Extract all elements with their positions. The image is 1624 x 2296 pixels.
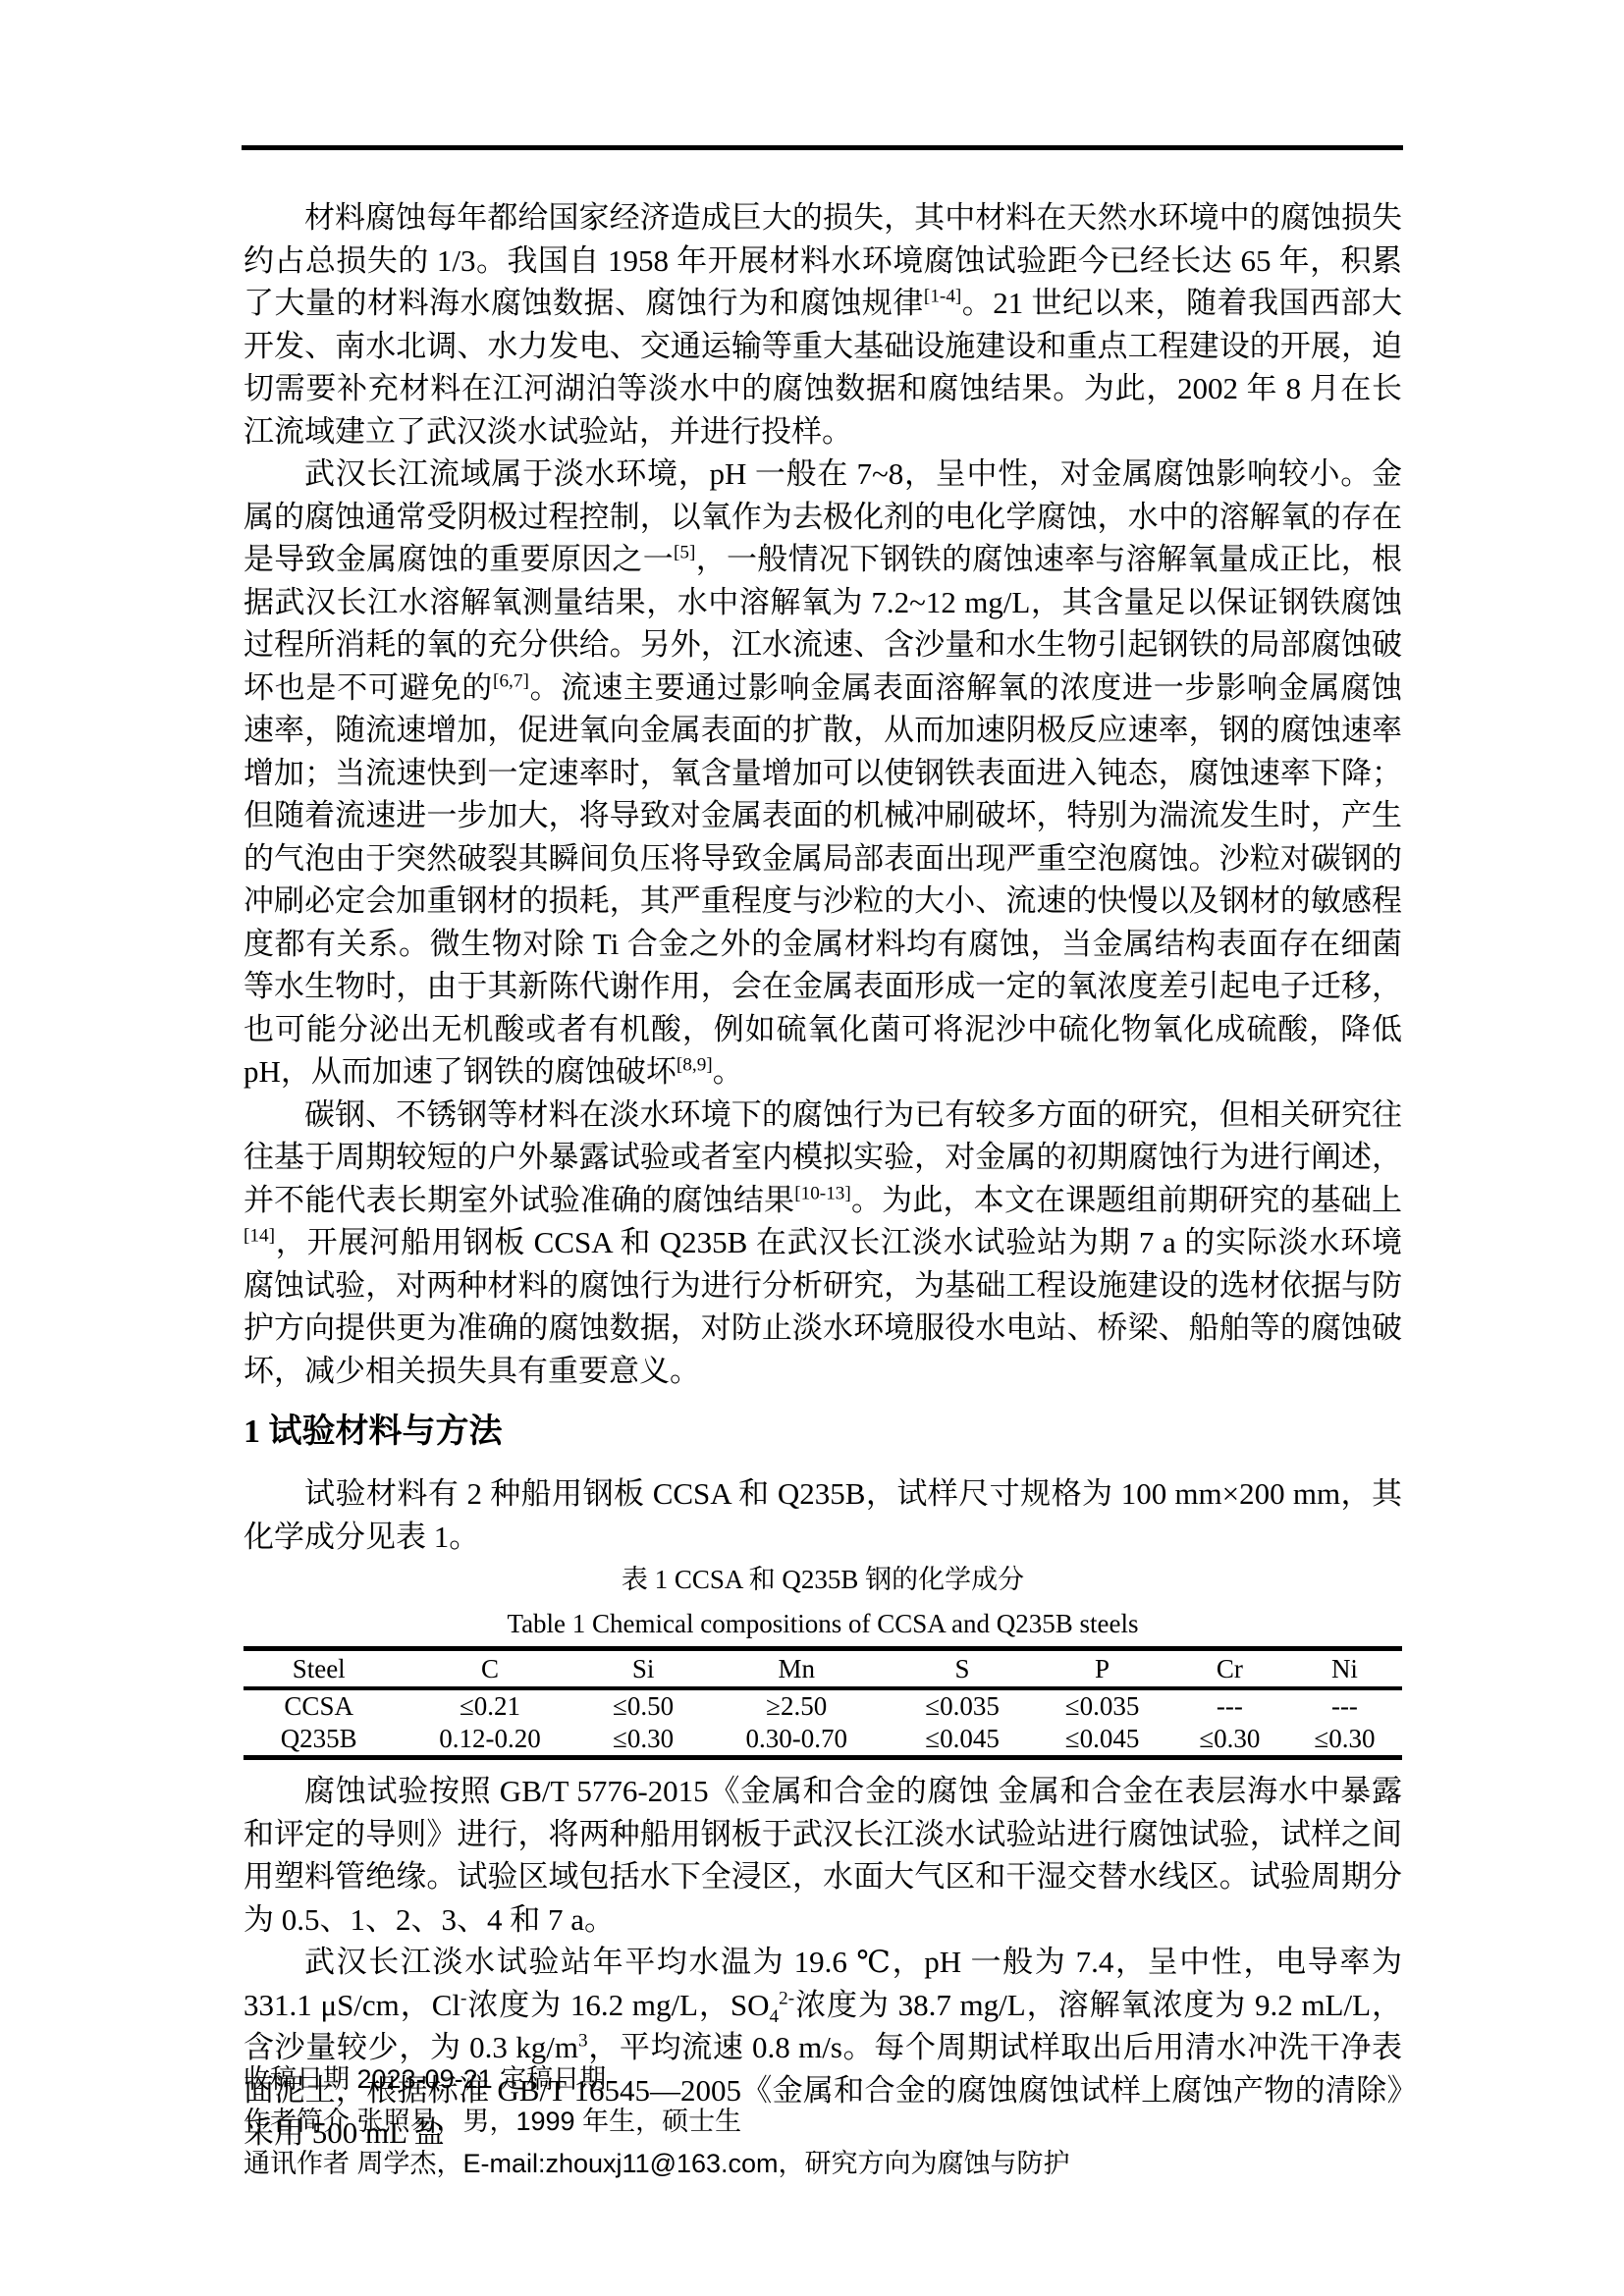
table-cell: --- (1287, 1688, 1402, 1723)
section-1-heading: 1 试验材料与方法 (244, 1410, 1402, 1455)
superscript-reference: 2- (779, 1988, 794, 2008)
table-row: Q235B0.12-0.20≤0.300.30-0.70≤0.045≤0.045… (244, 1723, 1402, 1758)
superscript-reference: [6,7] (493, 670, 529, 691)
table-header-cell: Ni (1287, 1649, 1402, 1689)
table-header-cell: Steel (244, 1649, 394, 1689)
table-cell: ≤0.21 (394, 1688, 585, 1723)
table-row: CCSA≤0.21≤0.50≥2.50≤0.035≤0.035------ (244, 1688, 1402, 1723)
subscript: 4 (770, 2006, 780, 2027)
table-cell: 0.30-0.70 (701, 1723, 893, 1758)
table-cell: ≤0.30 (586, 1723, 701, 1758)
table-cell: ≥2.50 (701, 1688, 893, 1723)
table-1-caption-zh: 表 1 CCSA 和 Q235B 钢的化学成分 (244, 1558, 1402, 1602)
paragraph-intro: 材料腐蚀每年都给国家经济造成巨大的损失，其中材料在天然水环境中的腐蚀损失约占总损… (244, 196, 1402, 453)
paragraph-test-method: 腐蚀试验按照 GB/T 5776-2015《金属和合金的腐蚀 金属和合金在表层海… (244, 1770, 1402, 1941)
superscript-reference: - (460, 1988, 466, 2008)
paragraph-materials: 试验材料有 2 种船用钢板 CCSA 和 Q235B，试样尺寸规格为 100 m… (244, 1472, 1402, 1558)
table-cell: CCSA (244, 1688, 394, 1723)
table-cell: ≤0.035 (1032, 1688, 1172, 1723)
footnote-block: 收稿日期 2023-09-21 定稿日期 作者简介 张照易，男，1999 年生，… (244, 2058, 1402, 2185)
table-1-header: SteelCSiMnSPCrNi (244, 1649, 1402, 1689)
table-header-cell: P (1032, 1649, 1172, 1689)
superscript-reference: [5] (674, 543, 695, 563)
table-cell: --- (1172, 1688, 1287, 1723)
superscript-reference: [14] (244, 1226, 275, 1247)
header-rule (242, 145, 1403, 150)
superscript-reference: [10-13] (794, 1183, 851, 1203)
footnote-received-date: 收稿日期 2023-09-21 定稿日期 (244, 2058, 1402, 2101)
table-cell: ≤0.045 (893, 1723, 1033, 1758)
table-1-chemical-compositions: SteelCSiMnSPCrNi CCSA≤0.21≤0.50≥2.50≤0.0… (244, 1646, 1402, 1760)
table-header-cell: Cr (1172, 1649, 1287, 1689)
footnote-author-bio: 作者简介 张照易，男，1999 年生，硕士生 (244, 2101, 1402, 2143)
table-cell: 0.12-0.20 (394, 1723, 585, 1758)
footnote-corresponding-author: 通讯作者 周学杰，E-mail:zhouxj11@163.com，研究方向为腐蚀… (244, 2143, 1402, 2185)
table-header-cell: Mn (701, 1649, 893, 1689)
table-header-cell: S (893, 1649, 1033, 1689)
table-cell: ≤0.30 (1287, 1723, 1402, 1758)
table-cell: ≤0.035 (893, 1688, 1033, 1723)
table-spacer (244, 1760, 1402, 1770)
paragraph-research-status: 碳钢、不锈钢等材料在淡水环境下的腐蚀行为已有较多方面的研究，但相关研究往往基于周… (244, 1094, 1402, 1393)
superscript-reference: 3 (578, 2031, 588, 2052)
table-cell: ≤0.50 (586, 1688, 701, 1723)
superscript-reference: [8,9] (677, 1055, 713, 1076)
table-cell: ≤0.045 (1032, 1723, 1172, 1758)
table-header-cell: C (394, 1649, 585, 1689)
table-cell: ≤0.30 (1172, 1723, 1287, 1758)
paragraph-environment: 武汉长江流域属于淡水环境，pH 一般在 7~8，呈中性，对金属腐蚀影响较小。金属… (244, 453, 1402, 1094)
table-cell: Q235B (244, 1723, 394, 1758)
table-header-cell: Si (586, 1649, 701, 1689)
document-page: 材料腐蚀每年都给国家经济造成巨大的损失，其中材料在天然水环境中的腐蚀损失约占总损… (0, 0, 1624, 2296)
superscript-reference: [1-4] (924, 287, 961, 307)
table-1-caption-en: Table 1 Chemical compositions of CCSA an… (244, 1602, 1402, 1646)
table-header-row: SteelCSiMnSPCrNi (244, 1649, 1402, 1689)
table-1-body: CCSA≤0.21≤0.50≥2.50≤0.035≤0.035------Q23… (244, 1688, 1402, 1758)
page-body: 材料腐蚀每年都给国家经济造成巨大的损失，其中材料在天然水环境中的腐蚀损失约占总损… (244, 196, 1402, 2155)
